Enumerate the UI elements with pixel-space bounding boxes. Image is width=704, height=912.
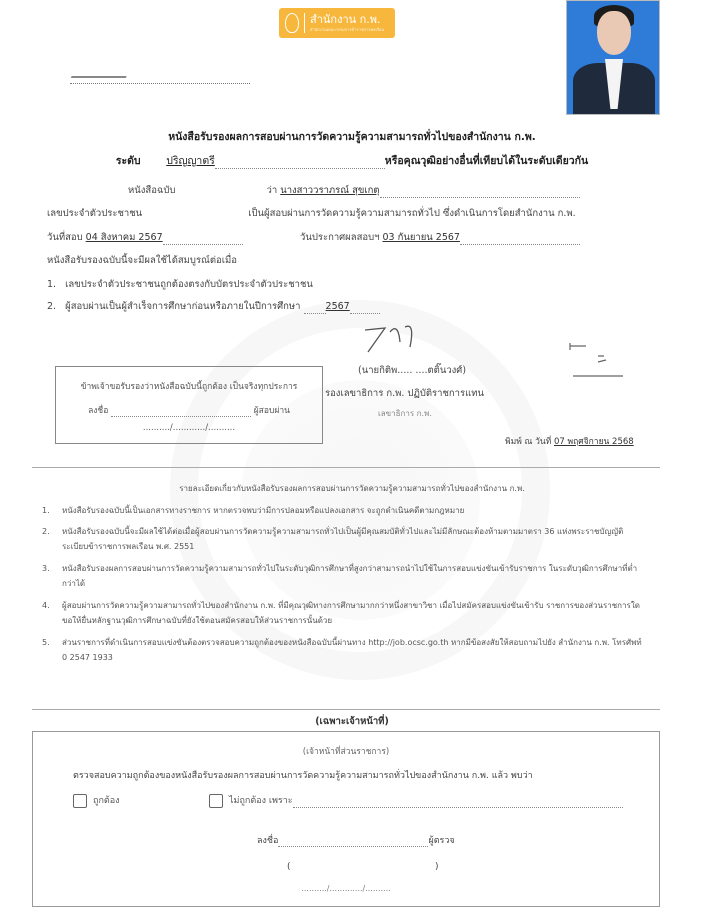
reference-line: [70, 76, 250, 84]
photo-face: [597, 11, 631, 55]
validity-intro: หนังสือรับรองฉบับนี้จะมีผลใช้ได้สมบูรณ์ต…: [47, 253, 237, 268]
document-title: หนังสือรับรองผลการสอบผ่านการวัดความรู้คว…: [0, 128, 704, 145]
staff-verification-box: (เจ้าหน้าที่ส่วนราชการ) ตรวจสอบความถูกต้…: [32, 731, 660, 907]
applicant-photo: [566, 0, 660, 115]
note-item: 4.ผู้สอบผ่านการวัดความรู้ความสามารถทั่วไ…: [42, 598, 642, 628]
confirm-sign-line: ลงชื่อ ผู้สอบผ่าน: [56, 403, 322, 417]
ocsc-logo: สำนักงาน ก.พ. สำนักงานคณะกรรมการข้าราชกา…: [279, 8, 395, 38]
logo-divider: [304, 13, 305, 33]
staff-only-heading: (เฉพาะเจ้าหน้าที่): [0, 714, 704, 729]
note-item: 2.หนังสือรับรองฉบับนี้จะมีผลใช้ได้ต่อเมื…: [42, 524, 642, 554]
announce-date-line: วันประกาศผลสอบฯ 03 กันยายน 2567: [300, 230, 580, 245]
staff-statement: ตรวจสอบความถูกต้องของหนังสือรับรองผลการส…: [73, 768, 533, 782]
level-value: ปริญญาตรี: [166, 155, 215, 167]
officer-signature: [360, 322, 430, 362]
official-stamp: [568, 338, 628, 378]
note-item: 3.หนังสือรับรองผลการสอบผ่านการวัดความรู้…: [42, 561, 642, 591]
print-date-line: พิมพ์ ณ วันที่ 07 พฤศจิกายน 2568: [505, 434, 634, 448]
notes-title: รายละเอียดเกี่ยวกับหนังสือรับรองผลการสอบ…: [0, 482, 704, 495]
level-line: ระดับ ปริญญาตรีหรือคุณวุฒิอย่างอื่นที่เท…: [0, 152, 704, 169]
staff-date-line: ........../............./..........: [33, 884, 659, 893]
note-item: 5.ส่วนราชการที่ดำเนินการสอบแข่งขันต้องตร…: [42, 635, 642, 665]
correct-checkbox[interactable]: [73, 794, 87, 808]
staff-subheading: (เจ้าหน้าที่ส่วนราชการ): [33, 744, 659, 758]
note-item: 1.หนังสือรับรองฉบับนี้เป็นเอกสารทางราชกา…: [42, 503, 642, 518]
candidate-name: นางสาววราภรณ์ สุขเกตุ: [280, 185, 379, 196]
logo-text: สำนักงาน ก.พ.: [310, 14, 384, 26]
officer-position-2: เลขาธิการ ก.พ.: [378, 407, 432, 420]
exam-date-value: 04 สิงหาคม 2567: [86, 232, 163, 243]
graduation-year: 2567: [326, 301, 350, 312]
staff-divider: [32, 709, 660, 710]
id-suffix: เป็นผู้สอบผ่านการวัดความรู้ความสามารถทั่…: [248, 208, 575, 219]
id-line: เลขประจำตัวประชาชน เป็นผู้สอบผ่านการวัดค…: [47, 206, 576, 221]
staff-sign-line: ลงชื่อผู้ตรวจ: [257, 833, 455, 847]
logo-subtext: สำนักงานคณะกรรมการข้าราชการพลเรือน: [310, 26, 384, 33]
level-label: ระดับ: [116, 155, 141, 167]
applicant-confirmation-box: ข้าพเจ้าขอรับรองว่าหนังสือฉบับนี้ถูกต้อง…: [55, 366, 323, 444]
staff-name-paren-open: (: [287, 862, 291, 872]
confirm-date-line: ........../............/..........: [56, 423, 322, 433]
emblem-icon: [285, 13, 299, 33]
confirm-statement: ข้าพเจ้าขอรับรองว่าหนังสือฉบับนี้ถูกต้อง…: [56, 379, 322, 393]
id-label: เลขประจำตัวประชาชน: [47, 208, 142, 219]
condition-1: 1. เลขประจำตัวประชาชนถูกต้องตรงกับบัตรปร…: [47, 277, 313, 292]
level-suffix: หรือคุณวุฒิอย่างอื่นที่เทียบได้ในระดับเด…: [385, 155, 588, 167]
print-date: 07 พฤศจิกายน 2568: [554, 437, 634, 447]
exam-date-line: วันที่สอบ 04 สิงหาคม 2567: [47, 230, 243, 245]
condition-2: 2. ผู้สอบผ่านเป็นผู้สำเร็จการศึกษาก่อนหร…: [47, 299, 380, 314]
section-divider: [32, 467, 660, 468]
officer-position: รองเลขาธิการ ก.พ. ปฏิบัติราชการแทน: [325, 386, 484, 401]
announce-date-value: 03 กันยายน 2567: [382, 232, 460, 243]
option-correct[interactable]: ถูกต้อง: [73, 793, 120, 808]
option-incorrect[interactable]: ไม่ถูกต้อง เพราะ: [209, 793, 623, 808]
incorrect-checkbox[interactable]: [209, 794, 223, 808]
staff-name-paren-close: ): [435, 862, 439, 872]
cert-line: หนังสือฉบับ ว่า นางสาววราภรณ์ สุขเกตุ: [128, 183, 580, 198]
certificate-page: สำนักงาน ก.พ. สำนักงานคณะกรรมการข้าราชกา…: [0, 0, 704, 912]
officer-name: (นายกิติพ..... ....ตติ๊นวงศ์): [358, 363, 466, 378]
